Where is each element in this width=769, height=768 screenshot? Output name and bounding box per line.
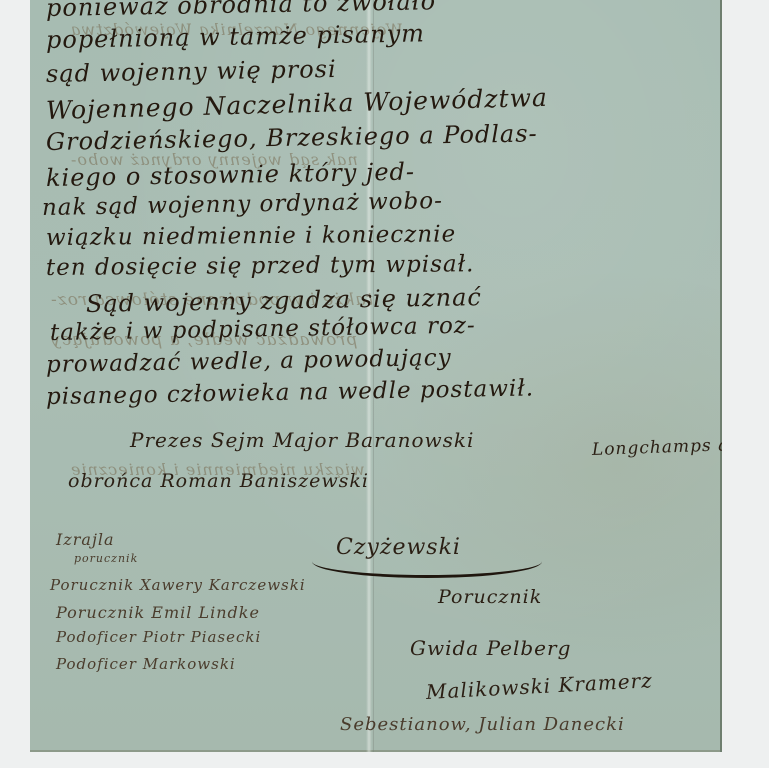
body-line-11: także i w podpisane stółowca roz- [50, 313, 476, 346]
signature-right-1: Gwida Pelberg [410, 636, 571, 660]
body-line-9: ten dosięcie się przed tym wpisał. [46, 251, 475, 281]
signature-longchamps: Longchamps audytor [592, 433, 722, 460]
signature-flourish [312, 545, 542, 578]
signature-obronca: obrońca Roman Baniszewski [68, 470, 369, 492]
body-line-4: Wojennego Naczelnika Województwa [46, 83, 549, 125]
body-line-13: pisanego człowieka na wedle postawił. [46, 375, 534, 410]
document-paper: Wojennego Naczelnika Województwa nak sąd… [30, 0, 722, 752]
signature-left-1: Porucznik Xawery Karczewski [50, 576, 306, 594]
body-line-7: nak sąd wojenny ordynaż wobo- [42, 188, 443, 221]
signature-right-2: Malikowski Kramerz [425, 668, 653, 704]
signature-izrajla-title: porucznik [74, 552, 138, 565]
signature-izrajla: Izrajla [56, 530, 115, 549]
signature-prezes: Prezes Sejm Major Baranowski [130, 428, 474, 452]
body-line-8: wiązku niedmiennie i koniecznie [46, 221, 456, 251]
body-line-1: ponieważ obrodnia to zwołało [46, 0, 437, 22]
signature-left-2: Porucznik Emil Lindke [56, 603, 260, 622]
body-line-3: sąd wojenny wię prosi [46, 55, 337, 88]
signature-right-3: Sebestianow, Julian Danecki [340, 714, 625, 735]
signature-left-3: Podoficer Piotr Piasecki [56, 628, 261, 646]
body-line-6: kiego o stosownie który jed- [46, 158, 415, 192]
signature-left-4: Podoficer Markowski [56, 655, 236, 673]
signature-center-title: Porucznik [438, 586, 542, 608]
body-line-5: Grodzieńskiego, Brzeskiego a Podlas- [46, 119, 538, 156]
